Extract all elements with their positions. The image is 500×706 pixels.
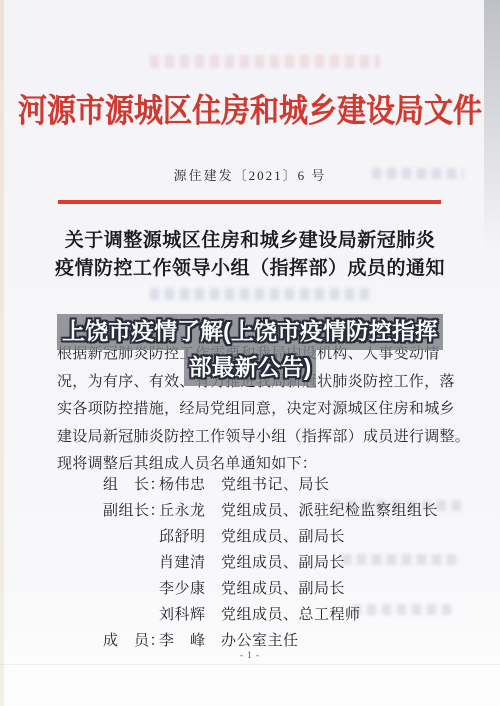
roster-row: 组 长： 杨伟忠 党组书记、局长 [103,472,463,498]
roster-row: 李少康 党组成员、副局长 [103,576,463,602]
roster-person-name: 杨伟忠 [159,472,221,498]
scanned-document-page: 河源市源城区住房和城乡建设局文件 源住建发〔2021〕6 号 关于调整源城区住房… [0,0,500,706]
roster-person-name: 李少康 [159,576,221,602]
notice-title-line1: 关于调整源城区住房和城乡建设局新冠肺炎 [65,230,436,251]
roster-person-name: 肖建清 [159,550,221,576]
bleed-through-smudge [150,288,370,300]
roster-person-title: 党组成员、总工程师 [221,602,463,628]
caption-line-1-text: 上饶市疫情了解(上饶市疫情防控指挥 [57,314,443,350]
notice-title: 关于调整源城区住房和城乡建设局新冠肺炎 疫情防控工作领导小组（指挥部）成员的通知 [0,227,500,283]
roster-row: 副组长： 丘永龙 党组成员、派驻纪检监察组组长 [103,498,463,524]
bleed-through-smudge [150,55,380,68]
paragraph-line: 建设局新冠肺炎防控工作领导小组（指挥部）成员进行调整。 [57,424,449,452]
roster-person-name: 丘永龙 [159,498,221,524]
page-bottom-edge [0,664,500,665]
roster-person-title: 党组成员、派驻纪检监察组组长 [221,498,463,524]
paragraph-line: 实各项防控措施，经局党组同意，决定对源城区住房和城乡 [57,396,449,424]
roster-role-label [103,576,159,602]
member-roster: 组 长： 杨伟忠 党组书记、局长 副组长： 丘永龙 党组成员、派驻纪检监察组组长… [103,472,463,654]
caption-line-1: 上饶市疫情了解(上饶市疫情防控指挥 [0,314,500,350]
document-number: 源住建发〔2021〕6 号 [0,165,500,184]
roster-role-label: 组 长： [103,472,159,498]
roster-person-name: 刘科辉 [159,602,221,628]
roster-person-title: 党组书记、局长 [221,472,463,498]
roster-role-label [103,524,159,550]
roster-person-title: 党组成员、副局长 [221,550,463,576]
roster-row: 刘科辉 党组成员、总工程师 [103,602,463,628]
roster-role-label: 副组长： [103,498,159,524]
roster-person-title: 党组成员、副局长 [221,524,463,550]
caption-overlay: 上饶市疫情了解(上饶市疫情防控指挥 部最新公告) [0,314,500,386]
roster-role-label [103,550,159,576]
roster-row: 肖建清 党组成员、副局长 [103,550,463,576]
agency-masthead-title: 河源市源城区住房和城乡建设局文件 [0,86,500,132]
caption-line-2: 部最新公告) [0,350,500,386]
red-divider-rule [58,200,441,204]
caption-line-2-text: 部最新公告) [184,350,317,386]
roster-role-label [103,602,159,628]
roster-person-name: 邱舒明 [159,524,221,550]
page-number: - 1 - [0,650,500,660]
roster-row: 邱舒明 党组成员、副局长 [103,524,463,550]
roster-person-title: 党组成员、副局长 [221,576,463,602]
notice-title-line2: 疫情防控工作领导小组（指挥部）成员的通知 [55,258,445,279]
